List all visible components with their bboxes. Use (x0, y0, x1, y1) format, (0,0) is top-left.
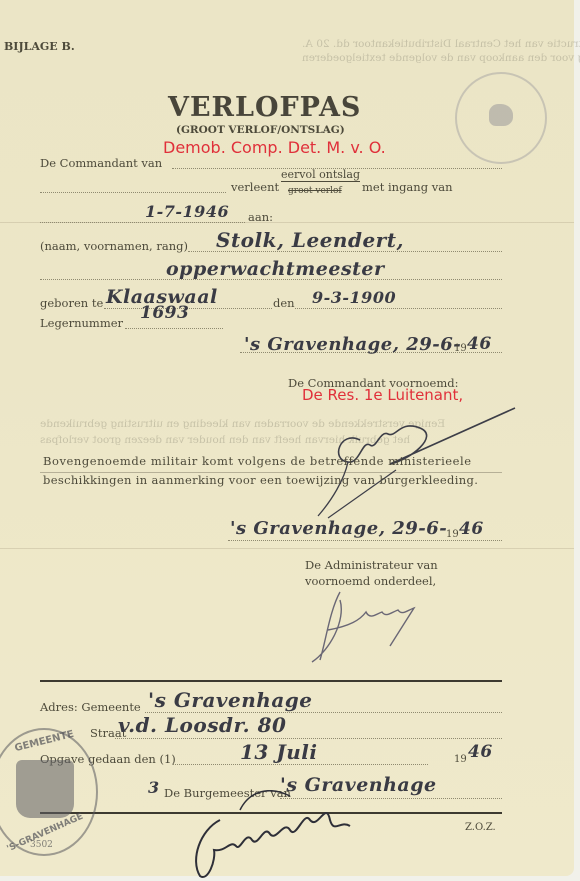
reported-line (173, 764, 428, 765)
document-title: VERLOFPAS (168, 92, 361, 123)
rank-value: opperwachtmeester (166, 258, 385, 280)
issue-year-prefix: 19 (454, 343, 467, 354)
address-label: Adres: Gemeente (40, 700, 141, 714)
heavy-rule (40, 680, 502, 682)
admin-year-suffix: 46 (459, 519, 484, 539)
document-subtitle: (GROOT VERLOF/ONTSLAG) (176, 124, 345, 136)
mayor-signature (180, 790, 400, 880)
issue-place-date: 's Gravenhage, 29-6- (244, 334, 461, 355)
clothing-text-line2: beschikkingen in aanmerking voor een toe… (43, 473, 478, 487)
administrator-line2: voornoemd onderdeel, (305, 574, 436, 588)
born-label: geboren te (40, 296, 103, 310)
form-number: 3502 (30, 840, 53, 850)
fold-line (0, 548, 574, 549)
army-number: 1693 (140, 303, 189, 323)
unit-continuation-line (40, 192, 226, 193)
name-value: Stolk, Leendert, (216, 228, 404, 252)
grants-label: verleent (231, 180, 279, 194)
street-line (115, 738, 502, 739)
address-municipality: 's Gravenhage (148, 688, 313, 712)
coat-of-arms-icon (16, 760, 74, 818)
born-date: 9-3-1900 (312, 288, 396, 307)
to-label: aan: (248, 210, 273, 224)
reported-year-suffix: 46 (468, 742, 493, 762)
municipal-seal: GEMEENTE 'S-GRAVENHAGE (0, 728, 98, 856)
unit-stamp: Demob. Comp. Det. M. v. O. (163, 138, 386, 157)
issue-year-suffix: 46 (467, 334, 492, 354)
administrator-line1: De Administrateur van (305, 558, 438, 572)
born-date-label: den (273, 296, 295, 310)
bleed-through-text: Ingevolge de instructie van het Centraal… (302, 38, 580, 50)
admin-place-date: 's Gravenhage, 29-6- (230, 518, 447, 539)
effective-label: met ingang van (362, 180, 452, 194)
mayor-prefix-mark: 3 (148, 778, 160, 797)
born-date-line (295, 308, 502, 309)
bleed-through-text: 1946, is een toewijzing voor den aankoop… (302, 52, 580, 64)
reported-date: 13 Juli (240, 740, 318, 764)
admin-year-prefix: 19 (446, 529, 459, 540)
administrator-signature (290, 590, 440, 670)
grant-option-struck: groot verlof (288, 186, 342, 196)
commander-label: De Commandant van (40, 156, 162, 170)
seal-text-top: GEMEENTE (14, 729, 76, 754)
street-value: v.d. Loosdr. 80 (118, 713, 286, 737)
grant-option-selected: eervol ontslag (281, 168, 360, 182)
stamp-emblem-icon (489, 104, 513, 126)
reverse-label: Z.O.Z. (465, 822, 496, 833)
army-number-line (125, 328, 223, 329)
army-number-label: Legernummer (40, 316, 123, 330)
admin-date-line (228, 540, 502, 541)
clothing-text-line1: Bovengenoemde militair komt volgens de b… (43, 454, 472, 468)
reported-year-prefix: 19 (454, 754, 467, 765)
annex-label: BIJLAGE B. (4, 40, 75, 53)
name-label: (naam, voornamen, rang) (40, 239, 188, 253)
effective-date: 1-7-1946 (145, 202, 229, 221)
document-paper: Ingevolge de instructie van het Centraal… (0, 0, 574, 876)
faded-stamp (455, 72, 547, 164)
effective-date-line (40, 222, 245, 223)
